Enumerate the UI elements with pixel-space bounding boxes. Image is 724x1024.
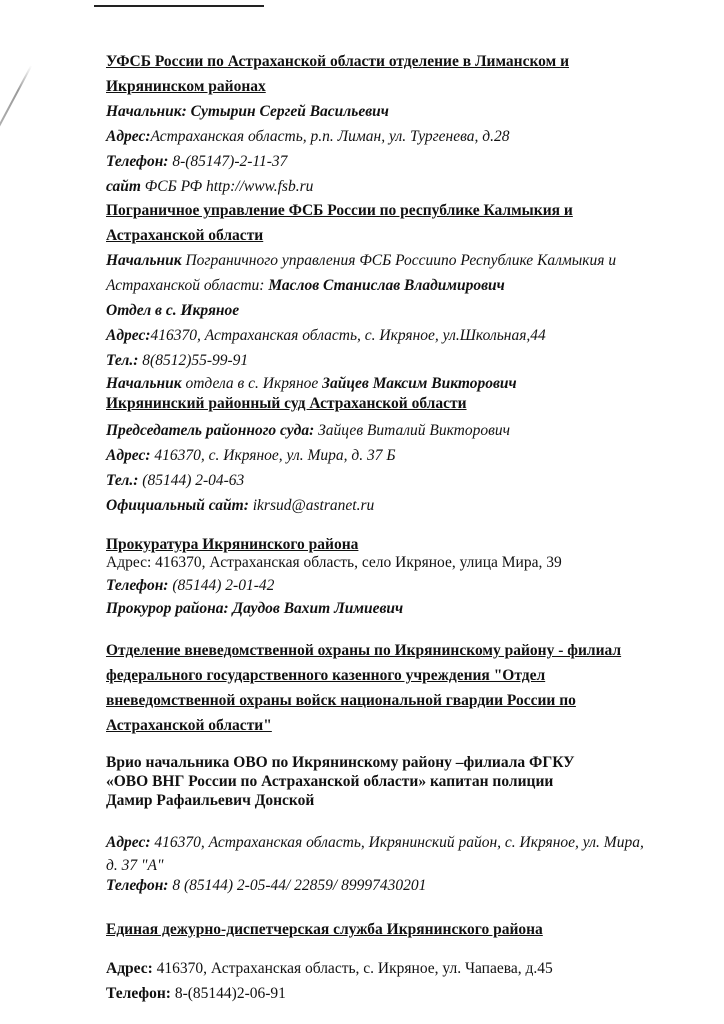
- subdivision-name: Отдел в с. Икряное: [106, 301, 239, 321]
- address-label: Адрес:: [106, 554, 151, 571]
- site-line: Официальный сайт: ikrsud@astranet.ru: [106, 496, 374, 516]
- address-value: 416370, Астраханская область, с. Икряное…: [151, 327, 546, 344]
- address-label: Адрес:: [106, 327, 151, 344]
- address-value: 416370, с. Икряное, ул. Мира, д. 37 Б: [154, 447, 395, 464]
- section-heading: Икрянинский районный суд Астраханской об…: [106, 394, 467, 414]
- head-name: Зайцев Виталий Викторович: [318, 422, 510, 439]
- phone-label: Телефон:: [106, 153, 168, 170]
- address-line: Адрес:416370, Астраханская область, с. И…: [106, 326, 546, 346]
- address-value: 416370, Астраханская область, село Икрян…: [155, 554, 562, 571]
- phone-label: Телефон:: [106, 985, 171, 1002]
- section-heading: Единая дежурно-диспетчерская служба Икря…: [106, 920, 543, 940]
- address-value: 416370, Астраханская область, Икрянински…: [154, 834, 643, 851]
- head-name: Маслов Станислав Владимирович: [268, 277, 504, 294]
- phone-value: 8-(85147)-2-11-37: [172, 153, 287, 170]
- section-heading: Икрянинском районах: [106, 77, 266, 97]
- sub-head-title: отдела в с. Икряное: [185, 375, 318, 392]
- phone-value: 8 (85144) 2-05-44/ 22859/ 89997430201: [172, 877, 426, 894]
- head-label: Начальник: [106, 252, 182, 269]
- phone-line: Тел.: 8(8512)55-99-91: [106, 351, 248, 371]
- phone-label: Тел.:: [106, 352, 138, 369]
- address-label: Адрес:: [106, 447, 151, 464]
- address-label: Адрес:: [106, 960, 153, 977]
- section-heading: федерального государственного казенного …: [106, 666, 545, 686]
- phone-label: Телефон:: [106, 577, 168, 594]
- head-name-line: Астраханской области: Маслов Станислав В…: [106, 276, 505, 296]
- phone-value: 8(8512)55-99-91: [142, 352, 248, 369]
- address-line: Адрес:Астраханская область, р.п. Лиман, …: [106, 127, 509, 147]
- scan-border-line: [94, 5, 264, 7]
- head-label: Прокурор района:: [106, 600, 229, 617]
- sub-head-line: Начальник отдела в с. Икряное Зайцев Мак…: [106, 374, 517, 394]
- section-heading: Астраханской области": [106, 716, 272, 736]
- site-line: сайт ФСБ РФ http://www.fsb.ru: [106, 177, 313, 197]
- address-cont: д. 37 "А": [106, 856, 163, 876]
- phone-value: 8-(85144)2-06-91: [175, 985, 286, 1002]
- site-link[interactable]: ФСБ РФ http://www.fsb.ru: [145, 178, 314, 195]
- phone-label: Телефон:: [106, 877, 168, 894]
- address-label: Адрес:: [106, 128, 151, 145]
- section-heading: Астраханской области: [106, 226, 263, 246]
- head-title: Пограничного управления ФСБ Россиипо Рес…: [185, 252, 616, 269]
- phone-value: (85144) 2-01-42: [172, 577, 274, 594]
- section-heading: Прокуратура Икрянинского района: [106, 535, 358, 555]
- head-line: Врио начальника ОВО по Икрянинскому райо…: [106, 753, 575, 773]
- phone-value: (85144) 2-04-63: [142, 472, 244, 489]
- address-line: Адрес: 416370, Астраханская область, с. …: [106, 959, 553, 979]
- section-heading: Отделение вневедомственной охраны по Икр…: [106, 641, 621, 661]
- site-label: сайт: [106, 178, 141, 195]
- head-line: Дамир Рафаильевич Донской: [106, 791, 314, 811]
- section-heading: УФСБ России по Астраханской области отде…: [106, 52, 569, 72]
- address-line: Адрес: 416370, Астраханская область, Икр…: [106, 833, 644, 853]
- address-value: 416370, Астраханская область, с. Икряное…: [157, 960, 553, 977]
- section-heading: вневедомственной охраны войск национальн…: [106, 691, 576, 711]
- phone-line: Телефон: 8 (85144) 2-05-44/ 22859/ 89997…: [106, 876, 426, 896]
- head-line: Председатель районного суда: Зайцев Вита…: [106, 421, 510, 441]
- phone-line: Телефон: (85144) 2-01-42: [106, 576, 274, 596]
- site-label: Официальный сайт:: [106, 497, 249, 514]
- head-title-cont: Астраханской области:: [106, 277, 264, 294]
- head-line: Начальник: Сутырин Сергей Васильевич: [106, 102, 389, 122]
- head-name: Даудов Вахит Лимиевич: [232, 600, 403, 617]
- phone-line: Телефон: 8-(85144)2-06-91: [106, 984, 286, 1004]
- address-label: Адрес:: [106, 834, 151, 851]
- head-label: Председатель районного суда:: [106, 422, 314, 439]
- address-value: Астраханская область, р.п. Лиман, ул. Ту…: [151, 128, 510, 145]
- head-line: Прокурор района: Даудов Вахит Лимиевич: [106, 599, 403, 619]
- head-name: Сутырин Сергей Васильевич: [191, 103, 389, 120]
- phone-line: Тел.: (85144) 2-04-63: [106, 471, 244, 491]
- head-title-line: Начальник Пограничного управления ФСБ Ро…: [106, 251, 616, 271]
- scan-edge-mark: [0, 65, 32, 150]
- phone-line: Телефон: 8-(85147)-2-11-37: [106, 152, 287, 172]
- phone-label: Тел.:: [106, 472, 138, 489]
- site-link[interactable]: ikrsud@astranet.ru: [253, 497, 374, 514]
- sub-head-name: Зайцев Максим Викторович: [322, 375, 517, 392]
- address-line: Адрес: 416370, с. Икряное, ул. Мира, д. …: [106, 446, 396, 466]
- head-label: Начальник:: [106, 103, 187, 120]
- sub-head-label: Начальник: [106, 375, 182, 392]
- address-line: Адрес: 416370, Астраханская область, сел…: [106, 553, 562, 573]
- head-line: «ОВО ВНГ России по Астраханской области»…: [106, 772, 553, 792]
- section-heading: Пограничное управление ФСБ России по рес…: [106, 201, 573, 221]
